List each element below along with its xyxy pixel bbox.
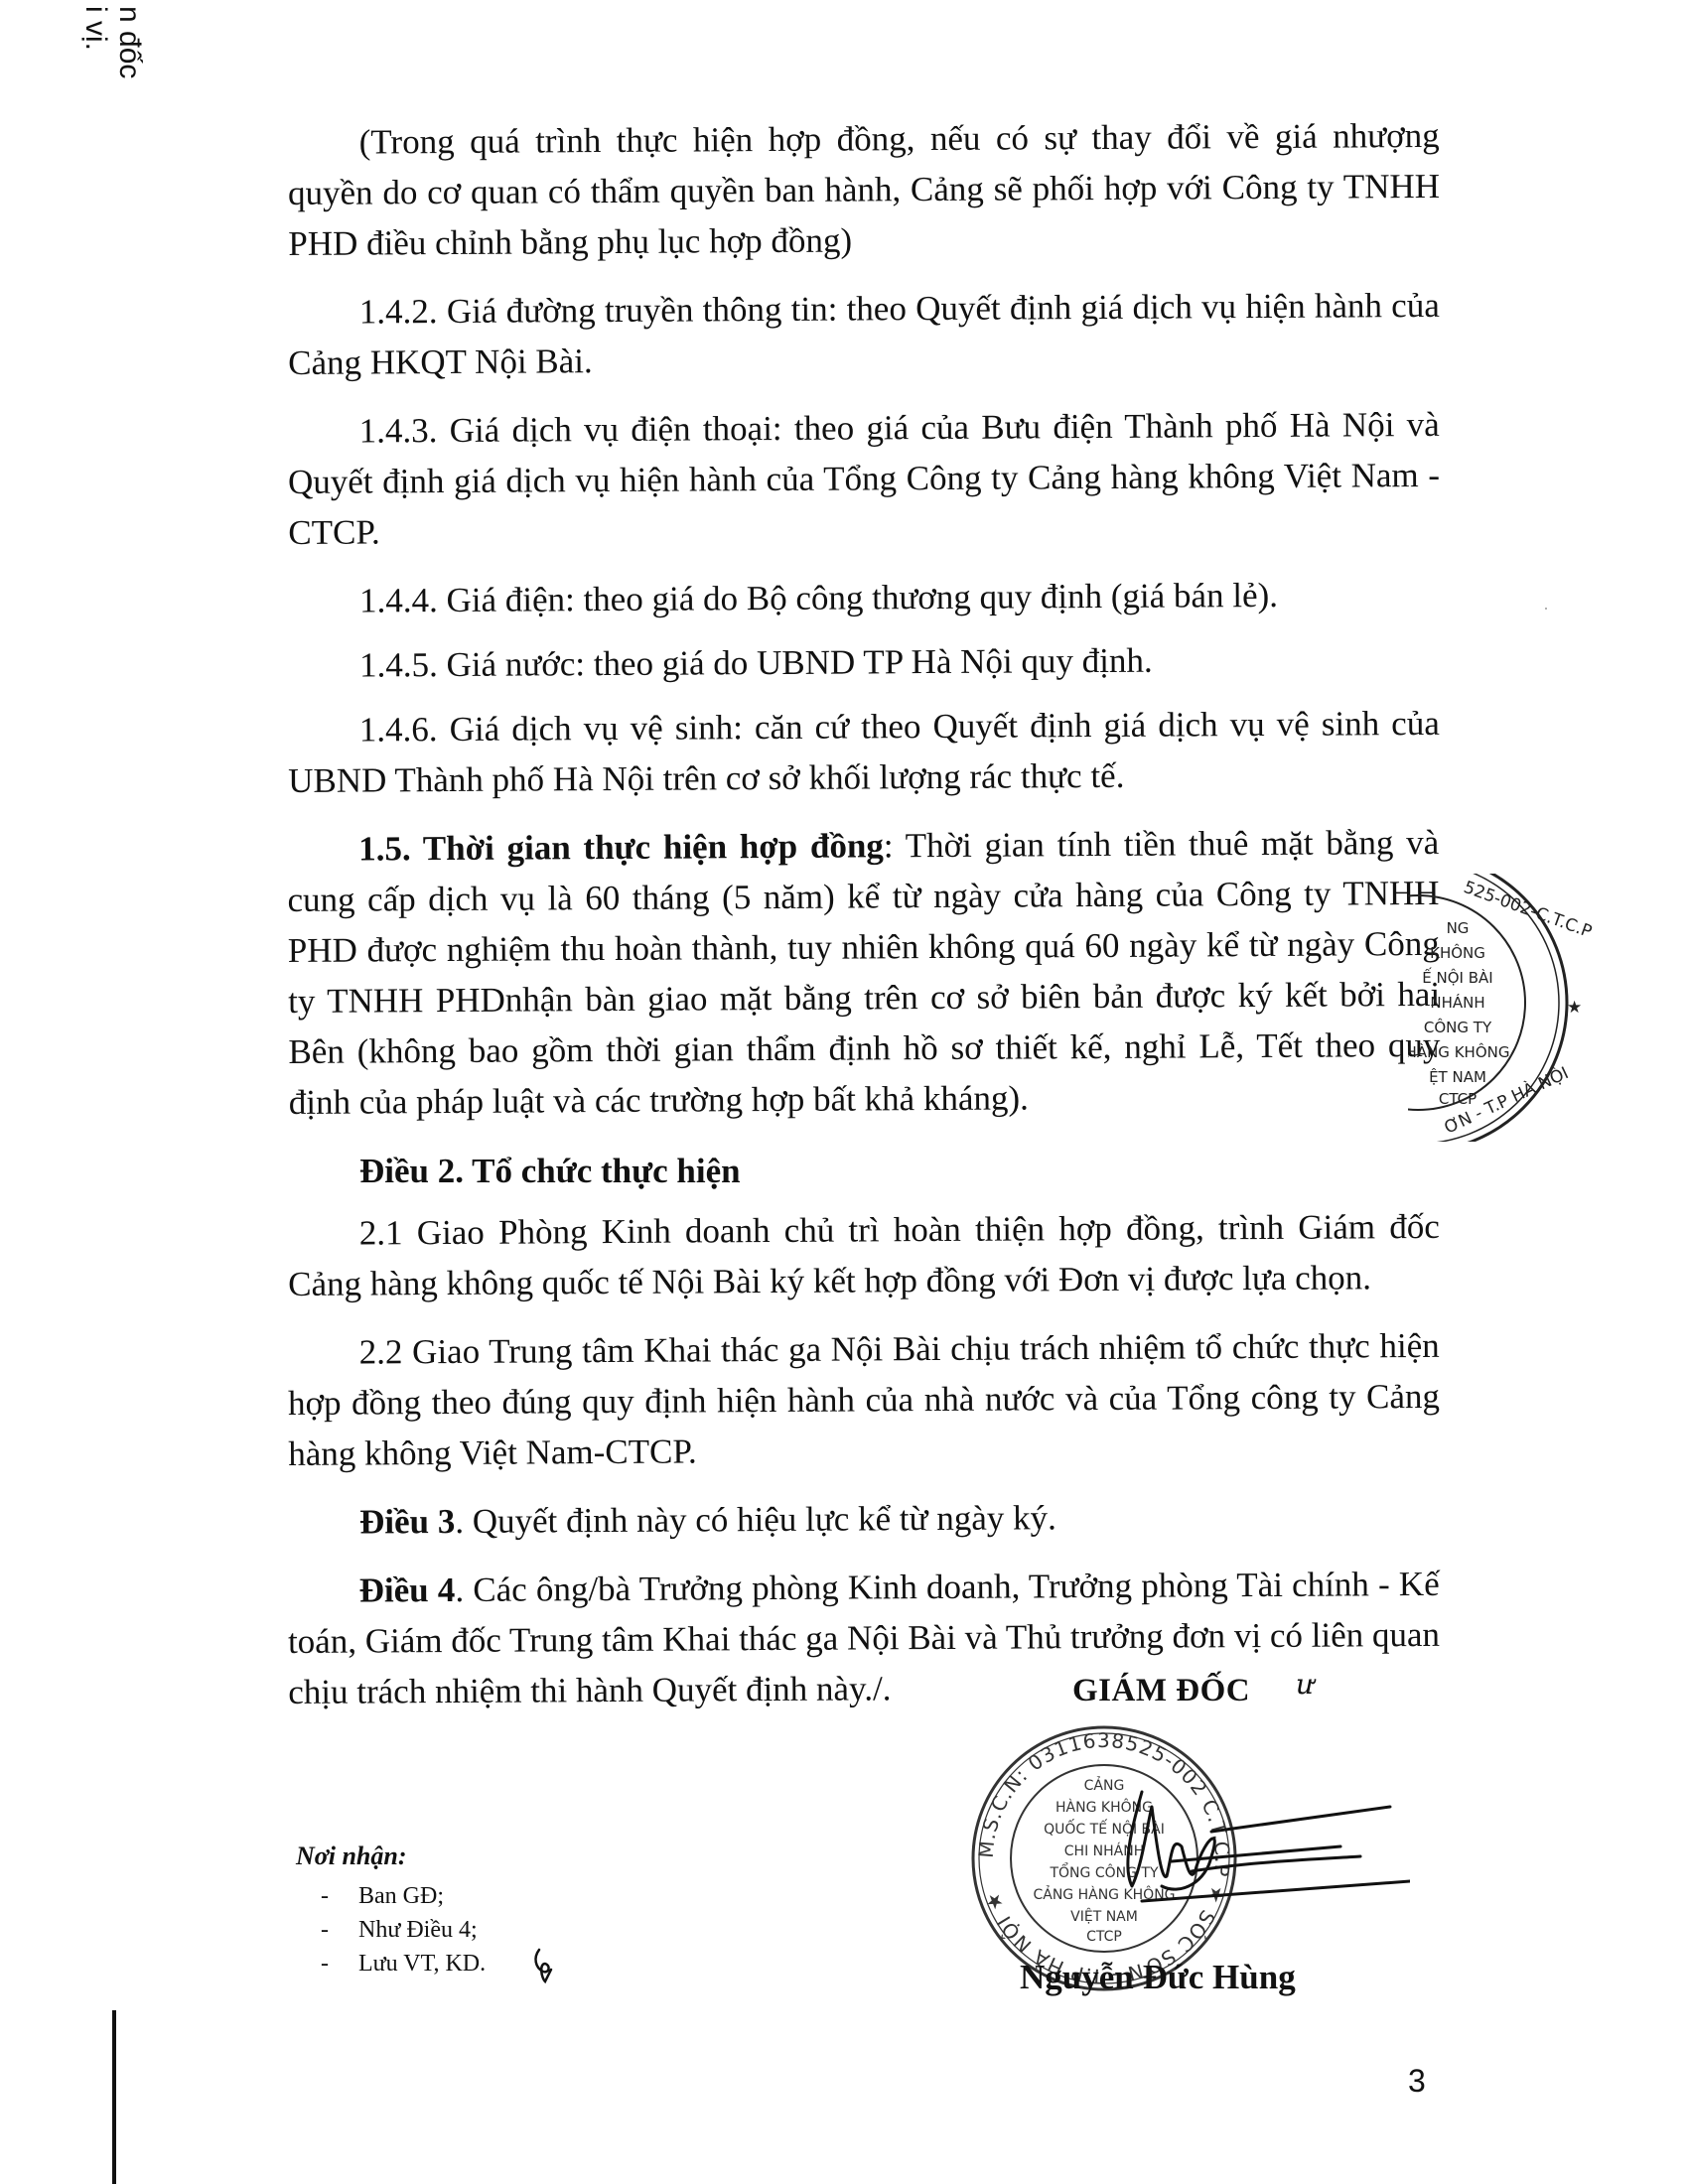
recipients-list: Ban GĐ; Như Điều 4; Lưu VT, KD. [296,1879,486,1980]
svg-text:KHÔNG: KHÔNG [1430,943,1485,962]
margin-binding-line [112,2010,116,2184]
section-1-5-body: : Thời gian tính tiền thuê mặt bằng và c… [287,823,1440,1122]
svg-text:CÔNG TY: CÔNG TY [1424,1018,1492,1036]
recipient-item: Ban GĐ; [321,1879,486,1913]
article-2-heading: Điều 2. Tổ chức thực hiện [288,1146,1440,1196]
recipients-label: Nơi nhận: [296,1840,486,1873]
recipients-block: Nơi nhận: Ban GĐ; Như Điều 4; Lưu VT, KD… [296,1840,486,1980]
paragraph-2-2: 2.2 Giao Trung tâm Khai thác ga Nội Bài … [288,1320,1441,1479]
paragraph-1-4-2: 1.4.2. Giá đường truyền thông tin: theo … [288,280,1441,388]
article-4: Điều 4. Các ông/bà Trưởng phòng Kinh doa… [288,1559,1441,1717]
document-page: n đốc i vị. (Trong quá trình thực hiện h… [0,0,1688,2184]
scan-speck [1545,608,1547,610]
article-3: Điều 3. Quyết định này có hiệu lực kể từ… [288,1490,1440,1548]
article-3-body: . Quyết định này có hiệu lực kể từ ngày … [455,1498,1056,1541]
side-note-line-2: i vị. [73,6,117,51]
svg-text:NHÁNH: NHÁNH [1430,993,1484,1012]
recipient-item: Lưu VT, KD. [321,1947,486,1980]
svg-text:ỆT NAM: ỆT NAM [1429,1067,1486,1086]
recipient-item: Như Điều 4; [321,1913,486,1947]
svg-text:★: ★ [1567,998,1582,1018]
paragraph-1-4-5: 1.4.5. Giá nước: theo giá do UBND TP Hà … [288,633,1440,691]
section-1-5-label: 1.5. Thời gian thực hiện hợp đồng [358,826,884,868]
partial-seal-stamp-icon: NG KHÔNG Ế NỘI BÀI NHÁNH CÔNG TY HÀNG KH… [1408,874,1607,1142]
handwritten-initial-icon [531,1946,561,1985]
paragraph-1-4-4: 1.4.4. Giá điện: theo giá do Bộ công thư… [288,569,1440,626]
recipients-label-colon: : [398,1842,407,1870]
paragraph-2-1: 2.1 Giao Phòng Kinh doanh chủ trì hoàn t… [288,1201,1441,1309]
article-4-label: Điều 4 [359,1570,456,1610]
initial-mark: ư [1296,1668,1314,1701]
paragraph-1-4-3: 1.4.3. Giá dịch vụ điện thoại: theo giá … [288,399,1441,558]
signer-name: Nguyễn Đức Hùng [1020,1958,1296,1997]
paragraph-1-4-6: 1.4.6. Giá dịch vụ vệ sinh: căn cứ theo … [288,698,1441,806]
svg-text:HÀNG KHÔNG: HÀNG KHÔNG [1408,1042,1509,1061]
paragraph-1-5: 1.5. Thời gian thực hiện hợp đồng: Thời … [287,817,1441,1128]
paragraph-price-adjustment: (Trong quá trình thực hiện hợp đồng, nếu… [288,110,1441,269]
article-4-body: . Các ông/bà Trưởng phòng Kinh doanh, Tr… [288,1565,1440,1711]
svg-text:Ế NỘI BÀI: Ế NỘI BÀI [1422,966,1492,987]
article-3-label: Điều 3 [359,1502,455,1542]
svg-text:NG: NG [1447,919,1470,937]
director-title: GIÁM ĐỐC [1072,1673,1250,1709]
handwritten-signature-icon [1112,1787,1410,1926]
svg-text:CTCP: CTCP [1439,1090,1477,1108]
recipients-label-text: Nơi nhận [296,1842,398,1870]
svg-text:525-002-C.T.C.P: 525-002-C.T.C.P [1461,878,1594,942]
svg-text:CTCP: CTCP [1086,1929,1122,1945]
document-body: (Trong quá trình thực hiện hợp đồng, nếu… [288,117,1440,1735]
page-number: 3 [1408,2063,1426,2100]
